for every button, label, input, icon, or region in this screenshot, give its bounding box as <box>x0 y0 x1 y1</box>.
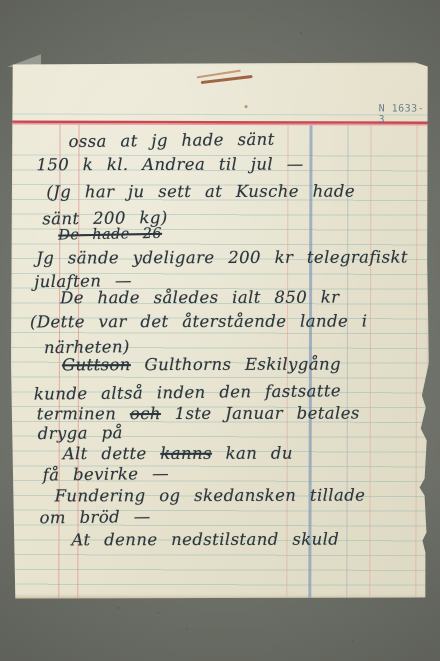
handwriting-line: 150 k kl. Andrea til jul — <box>36 155 303 175</box>
rust-stain-dot <box>245 105 248 108</box>
handwriting-line: At denne nedstilstand skuld <box>71 530 339 550</box>
handwriting-line: Guttson Gulthorns Eskilygång <box>62 355 341 375</box>
dust-speck <box>352 640 354 642</box>
handwriting-line: ossa at jg hade sänt <box>68 130 274 151</box>
handwriting-line: terminen och 1ste Januar betales <box>37 404 360 424</box>
rust-stain <box>201 75 253 84</box>
handwriting-line: Jg sände ydeligare 200 kr telegrafiskt <box>36 248 408 268</box>
header-rule-red <box>11 120 430 125</box>
handwriting-line: kunde altså inden den fastsatte <box>34 381 341 403</box>
handwriting-line-struck: De hade 26 <box>58 226 162 244</box>
archival-number: N 1633-3 <box>379 103 431 125</box>
handwriting-line: få bevirke — <box>43 464 170 484</box>
handwriting-line: dryga på <box>38 423 123 443</box>
top-ruled-line <box>11 113 430 115</box>
handwriting-line: Fundering og skedansken tillade <box>55 486 366 506</box>
handwriting-line: närheten) <box>44 337 130 357</box>
handwriting-line: Alt dette kanns kan du <box>63 444 293 464</box>
handwriting-line: om bröd — <box>39 507 150 527</box>
handwriting-line: De hade således ialt 850 kr <box>60 288 339 308</box>
dust-speck <box>118 607 120 609</box>
handwriting-line: (Dette var det återstående lande i <box>30 312 367 332</box>
dust-speck <box>300 32 302 34</box>
photo-background: N 1633-3 ossa at jg hade sänt 150 k kl. … <box>0 0 440 661</box>
manuscript-paper: N 1633-3 ossa at jg hade sänt 150 k kl. … <box>9 61 429 599</box>
dust-speck <box>186 628 188 630</box>
handwriting-line: (Jg har ju sett at Kusche hade <box>46 182 355 202</box>
dust-speck <box>157 612 159 614</box>
